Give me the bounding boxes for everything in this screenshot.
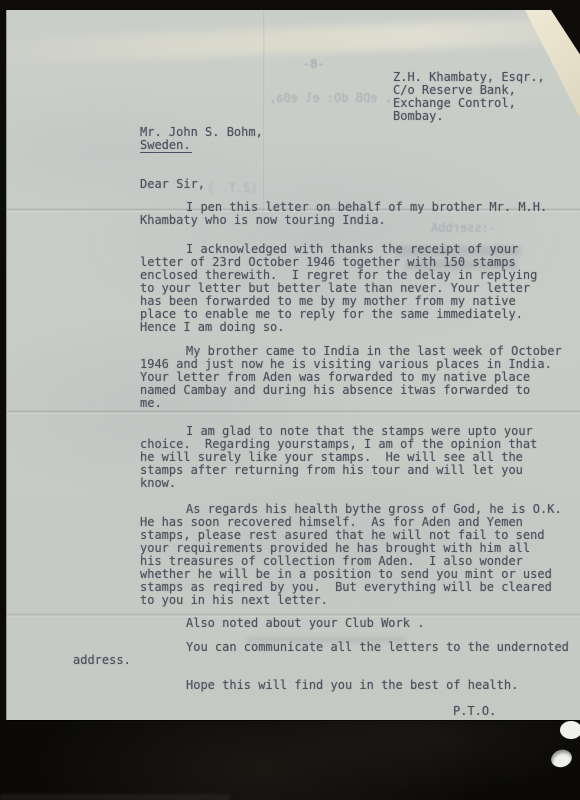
- sender-address-block: Z.H. Khambaty, Esqr., C/o Reserve Bank, …: [393, 71, 545, 123]
- paragraph: You can communicate all the letters to t…: [140, 641, 564, 667]
- letter-paper: -8- , eDB dO: el e0a, ( .T.S) -:sserbbA …: [6, 10, 580, 720]
- letter-line: know.: [140, 477, 564, 490]
- bleedthrough-text-1: , eDB dO: el e0a,: [269, 92, 392, 105]
- fold-highlight-band: [6, 17, 580, 66]
- page-marker: -8-: [303, 58, 325, 71]
- salutation: Dear Sir,: [140, 178, 205, 191]
- recipient-country: Sweden.: [140, 139, 192, 153]
- paragraph: I am glad to note that the stamps were u…: [140, 425, 564, 490]
- letter-line: named Cambay and during his absence itwa…: [140, 384, 564, 397]
- letter-line: Hence I am doing so.: [140, 321, 564, 334]
- paragraph: Hope this will find you in the best of h…: [140, 679, 564, 692]
- letter-line: Khambaty who is now touring India.: [140, 214, 564, 227]
- letter-line: Also noted about your Club Work .: [140, 617, 564, 630]
- punch-hole-2: [549, 747, 574, 770]
- paragraph: I acknowledged with thanks the receipt o…: [140, 243, 564, 334]
- pto-note: P.T.O.: [453, 705, 496, 718]
- paragraph: I pen this letter on behalf of my brothe…: [140, 201, 564, 227]
- scan-edge-sliver: [0, 795, 230, 800]
- letter-line: You can communicate all the letters to t…: [140, 641, 564, 654]
- bleedthrough-text-2: ( .T.S): [207, 182, 258, 195]
- letter-line: me.: [140, 397, 564, 410]
- paragraph: My brother came to India in the last wee…: [140, 345, 564, 410]
- paragraph: As regards his health bythe gross of God…: [140, 503, 564, 607]
- scanned-letter: -8- , eDB dO: el e0a, ( .T.S) -:sserbbA …: [0, 0, 580, 800]
- letter-line: stamps after returning from his tour and…: [140, 464, 564, 477]
- letter-line: address.: [73, 654, 564, 667]
- letter-line: Hope this will find you in the best of h…: [140, 679, 564, 692]
- sender-line: Bombay.: [393, 110, 545, 123]
- recipient-block: Mr. John S. Bohm, Sweden.: [140, 126, 263, 153]
- letter-line: to you in his next letter.: [140, 594, 564, 607]
- fold-crease-2: [7, 410, 580, 414]
- vertical-crease: [263, 10, 266, 212]
- paragraph: Also noted about your Club Work .: [140, 617, 564, 630]
- punch-hole-1: [560, 721, 580, 739]
